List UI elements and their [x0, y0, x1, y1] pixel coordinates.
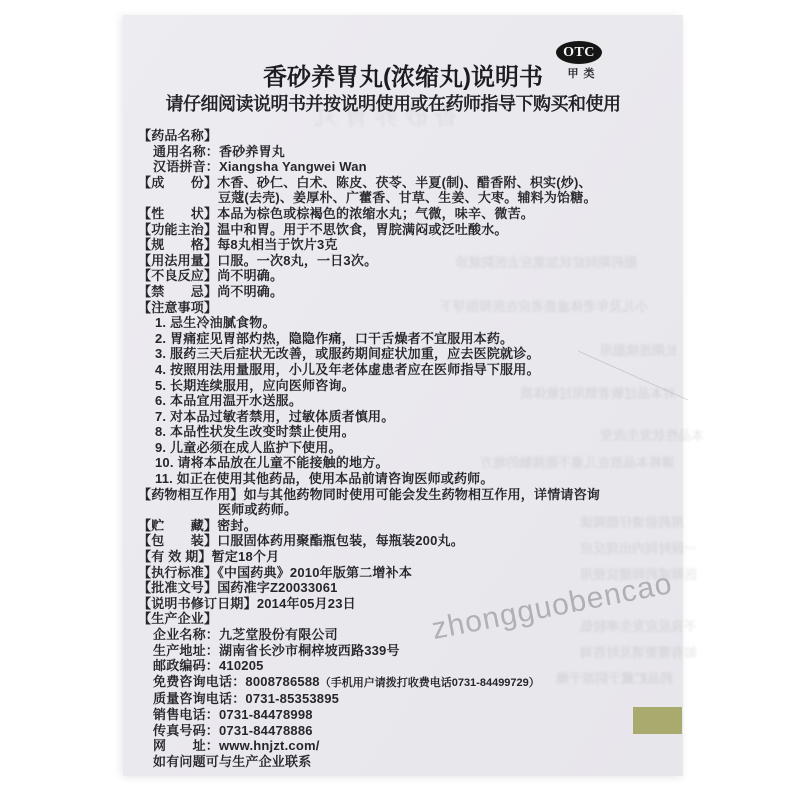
section-packaging: 【包 装】口服固体药用聚酯瓶包装，每瓶装200丸。: [138, 533, 676, 549]
precaution-item-3: 3. 服药三天后症状无改善，或服药期间症状加重，应去医院就诊。: [138, 346, 676, 362]
manufacturer-name-line: 企业名称：九芝堂股份有限公司: [138, 627, 676, 643]
section-drug-interactions: 【药物相互作用】如与其他药物同时使用可能会发生药物相互作用，详情请咨询: [138, 487, 676, 503]
precaution-item-8: 8. 本品性状发生改变时禁止使用。: [138, 424, 676, 440]
ingredients-continued: 豆蔻(去壳)、姜厚朴、广藿香、甘草、生姜、大枣。辅料为饴糖。: [138, 190, 676, 206]
leaflet-body: 【药品名称】 通用名称：香砂养胃丸 汉语拼音：Xiangsha Yangwei …: [138, 128, 676, 769]
precaution-item-5: 5. 长期连续服用，应向医师咨询。: [138, 378, 676, 394]
section-description: 【性 状】本品为棕色或棕褐色的浓缩水丸；气微，味辛、微苦。: [138, 206, 676, 222]
precaution-item-4: 4. 按照用法用量服用，小儿及年老体虚患者应在医师指导下服用。: [138, 362, 676, 378]
precaution-item-6: 6. 本品宜用温开水送服。: [138, 393, 676, 409]
section-shelf-life: 【有 效 期】暂定18个月: [138, 549, 676, 565]
precaution-item-11: 11. 如正在使用其他药品，使用本品前请咨询医师或药师。: [138, 471, 676, 487]
section-manufacturer: 【生产企业】: [138, 611, 676, 627]
section-indications: 【功能主治】温中和胃。用于不思饮食，胃脘满闷或泛吐酸水。: [138, 222, 676, 238]
contact-note-line: 如有问题可与生产企业联系: [138, 754, 676, 770]
section-adverse-reactions: 【不良反应】尚不明确。: [138, 268, 676, 284]
section-dosage: 【用法用量】口服。一次8丸，一日3次。: [138, 253, 676, 269]
precaution-item-7: 7. 对本品过敏者禁用，过敏体质者慎用。: [138, 409, 676, 425]
section-precautions: 【注意事项】: [138, 300, 676, 316]
precaution-item-9: 9. 儿童必须在成人监护下使用。: [138, 440, 676, 456]
section-contraindications: 【禁 忌】尚不明确。: [138, 284, 676, 300]
precaution-item-1: 1. 忌生冷油腻食物。: [138, 315, 676, 331]
free-hotline-line: 免费咨询电话：8008786588（手机用户请拨打收费电话0731-844997…: [138, 674, 676, 692]
section-ingredients: 【成 份】木香、砂仁、白术、陈皮、茯苓、半夏(制)、醋香附、枳实(炒)、: [138, 175, 676, 191]
photo-of-leaflet: 香砂养胃丸 服药期间症状加重应去医院就诊 小儿及年老体虚患者应在医师指导下 长期…: [0, 0, 800, 800]
olive-color-patch: [633, 707, 682, 734]
otc-badge: OTC 甲类: [556, 41, 606, 81]
leaflet-paper: 香砂养胃丸(浓缩丸)说明书 OTC 甲类 请仔细阅读说明书并按说明使用或在药师指…: [123, 15, 683, 776]
read-instructions-notice: 请仔细阅读说明书并按说明使用或在药师指导下购买和使用: [123, 90, 663, 116]
website-line: 网 址：www.hnjzt.com/: [138, 738, 676, 754]
pinyin-name-line: 汉语拼音：Xiangsha Yangwei Wan: [138, 159, 676, 175]
otc-class-label: 甲类: [556, 65, 606, 81]
postal-code-line: 邮政编码：410205: [138, 658, 676, 674]
generic-name-line: 通用名称：香砂养胃丸: [138, 144, 676, 160]
section-specification: 【规 格】每8丸相当于饮片3克: [138, 237, 676, 253]
section-approval-number: 【批准文号】国药准字Z20033061: [138, 580, 676, 596]
sales-phone-line: 销售电话：0731-84478998: [138, 707, 676, 723]
quality-hotline-line: 质量咨询电话：0731-85353895: [138, 691, 676, 707]
section-standard: 【执行标准】《中国药典》2010年版第二增补本: [138, 565, 676, 581]
fax-number-line: 传真号码：0731-84478886: [138, 723, 676, 739]
section-storage: 【贮 藏】密封。: [138, 518, 676, 534]
drug-interactions-continued: 医师或药师。: [138, 502, 676, 518]
otc-logo-icon: OTC: [556, 41, 602, 64]
section-drug-name: 【药品名称】: [138, 128, 676, 144]
manufacturer-address-line: 生产地址：湖南省长沙市桐梓坡西路339号: [138, 643, 676, 659]
section-revision-date: 【说明书修订日期】2014年05月23日: [138, 596, 676, 612]
precaution-item-10: 10. 请将本品放在儿童不能接触的地方。: [138, 455, 676, 471]
precaution-item-2: 2. 胃痛症见胃部灼热，隐隐作痛，口干舌燥者不宜服用本药。: [138, 331, 676, 347]
